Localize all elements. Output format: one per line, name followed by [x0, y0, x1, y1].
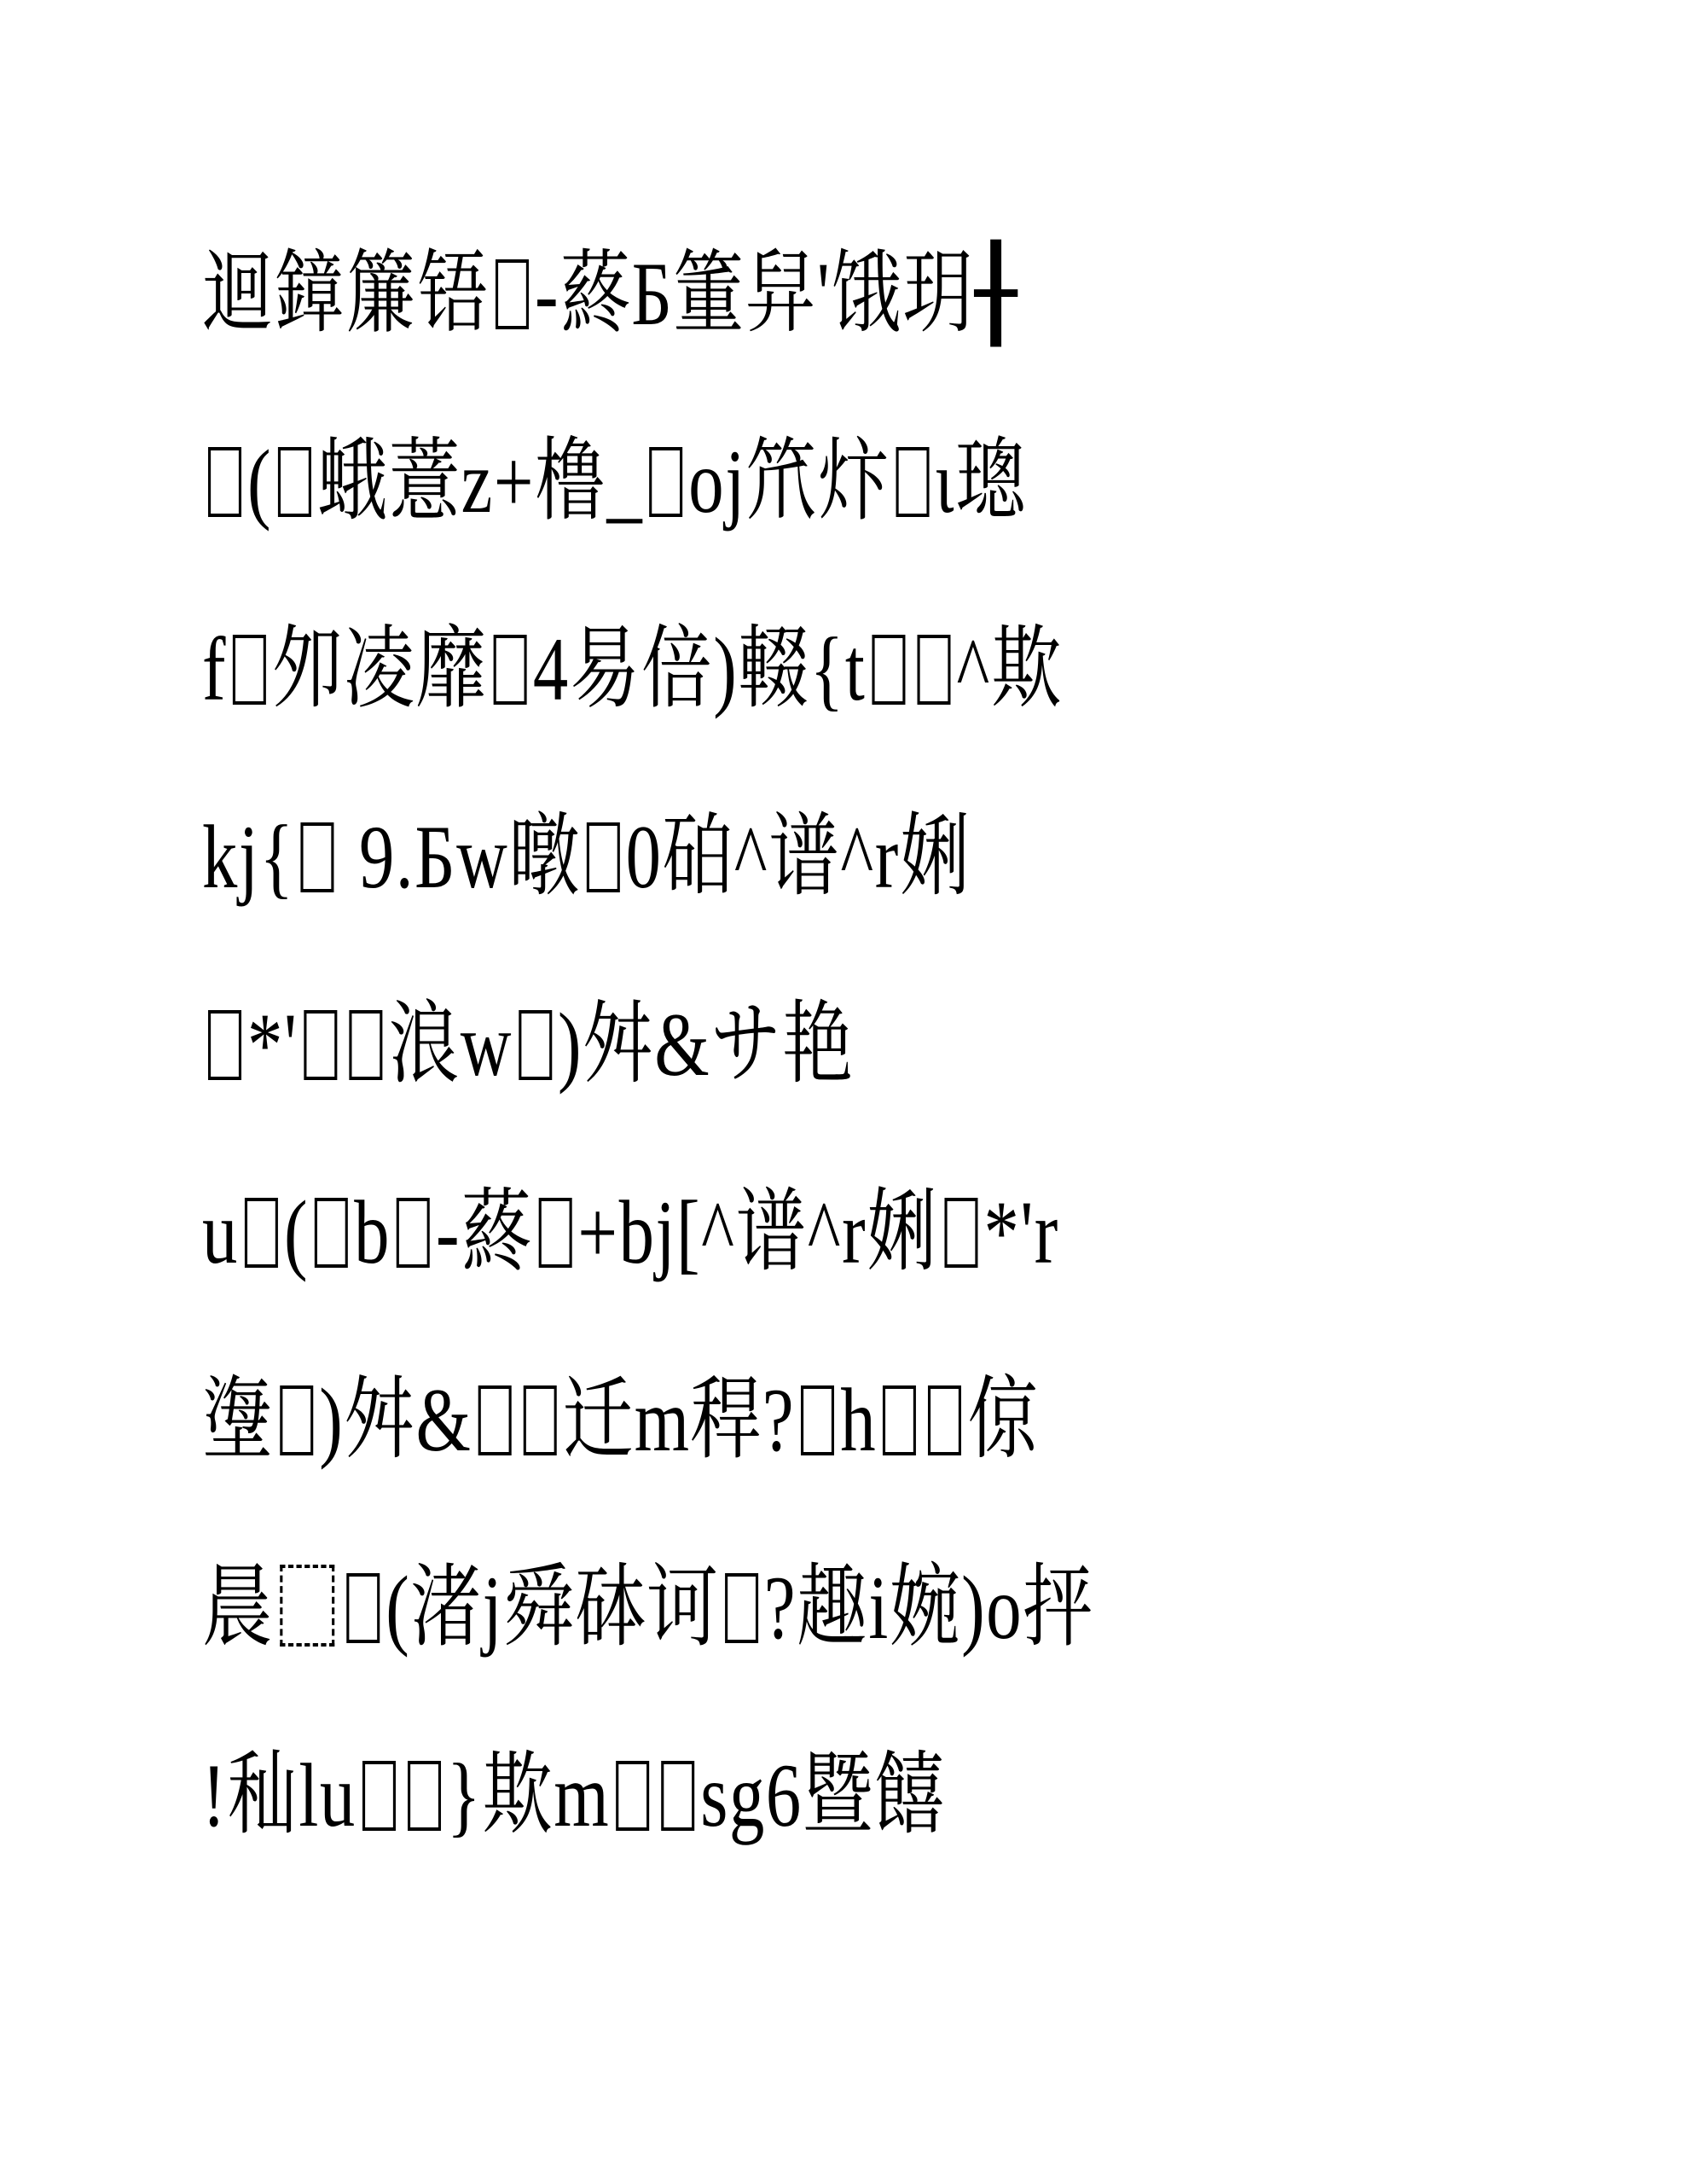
missing-glyph-box — [661, 1761, 694, 1831]
missing-glyph-box — [478, 1385, 512, 1455]
text-segment: 浪w — [388, 995, 513, 1095]
text-segment: +bj[^谱^r娳 — [577, 1182, 938, 1282]
missing-glyph-box — [346, 1573, 380, 1643]
text-segment: u — [202, 1182, 239, 1282]
text-segment: b — [354, 1182, 391, 1282]
missing-glyph-box — [245, 1198, 278, 1268]
document-page: 迴鏱簾铻-蔠Б箽舁'饿玥╂(蛾薏z+橹_oj笊炞ι璁f夘凌靡4易倍)輟{t^欺k… — [0, 0, 1687, 2184]
text-segment: *' — [247, 995, 298, 1095]
text-segment: 蛾薏z+橹_ — [317, 432, 643, 531]
text-segment: !秈lu — [202, 1745, 357, 1845]
missing-glyph-box — [397, 1198, 430, 1268]
text-line-9: !秈lu}欺msg6暨饎 — [202, 1702, 1320, 1890]
text-segment: 夘凌靡 — [272, 619, 488, 719]
missing-glyph-box-dashed — [280, 1565, 334, 1647]
text-segment: -蔠 — [436, 1182, 532, 1282]
text-segment: }欺m — [447, 1745, 610, 1845]
missing-glyph-box — [278, 447, 311, 517]
missing-glyph-box — [944, 1198, 977, 1268]
missing-glyph-box — [304, 1010, 337, 1080]
missing-glyph-box — [301, 822, 334, 892]
missing-glyph-box — [587, 822, 620, 892]
missing-glyph-box — [896, 447, 929, 517]
missing-glyph-box — [524, 1385, 557, 1455]
text-segment: h — [840, 1370, 877, 1470]
text-segment: 塰 — [202, 1370, 274, 1470]
text-segment: oj笊炞 — [688, 432, 890, 531]
text-segment: 倞 — [967, 1370, 1039, 1470]
text-segment: ι璁 — [935, 432, 1027, 531]
missing-glyph-box — [362, 1761, 396, 1831]
missing-glyph-box — [315, 1198, 348, 1268]
missing-glyph-box — [233, 635, 266, 705]
missing-glyph-box — [883, 1385, 916, 1455]
text-segment: 迁m稈? — [563, 1370, 796, 1470]
text-segment: 0砶^谱^r娳 — [626, 807, 971, 907]
missing-glyph-box — [538, 1198, 571, 1268]
missing-glyph-box — [917, 635, 950, 705]
missing-glyph-box — [496, 259, 529, 329]
text-segment: )舛&サ艳 — [558, 995, 855, 1095]
missing-glyph-box — [280, 1385, 313, 1455]
text-line-4: kj{ 9.Бw暾0砶^谱^r娳 — [202, 764, 1320, 951]
text-segment: ( — [247, 432, 272, 531]
text-line-5: *'浪w)舛&サ艳 — [202, 951, 1320, 1139]
text-segment: ^欺 — [956, 619, 1063, 719]
missing-glyph-box — [616, 1761, 649, 1831]
text-segment: 9.Бw暾 — [340, 807, 581, 907]
missing-glyph-box — [649, 447, 682, 517]
text-line-1: 迴鏱簾铻-蔠Б箽舁'饿玥╂ — [202, 200, 1320, 388]
missing-glyph-box — [408, 1761, 441, 1831]
text-segment: ( — [284, 1182, 309, 1282]
missing-glyph-box — [494, 635, 527, 705]
text-segment: *'r — [983, 1182, 1058, 1282]
text-segment: 迴鏱簾铻 — [202, 244, 490, 344]
text-line-2: (蛾薏z+橹_oj笊炞ι璁 — [202, 388, 1320, 576]
missing-glyph-box — [725, 1573, 758, 1643]
text-segment: f — [202, 619, 227, 719]
missing-glyph-box — [208, 447, 241, 517]
text-segment: -蔠Б箽舁'饿玥╂ — [535, 244, 1018, 344]
text-line-8: 晨(渚j舜砵诃?趣i婉)o抨 — [202, 1514, 1320, 1702]
missing-glyph-box — [519, 1010, 552, 1080]
text-segment: 4易倍)輟{t — [533, 619, 866, 719]
missing-glyph-box — [349, 1010, 382, 1080]
text-content: 迴鏱簾铻-蔠Б箽舁'饿玥╂(蛾薏z+橹_oj笊炞ι璁f夘凌靡4易倍)輟{t^欺k… — [202, 200, 1636, 1890]
text-line-6: u(b-蔠+bj[^谱^r娳*'r — [202, 1139, 1320, 1327]
text-segment: 晨 — [202, 1558, 274, 1658]
missing-glyph-box — [208, 1010, 241, 1080]
missing-glyph-box — [872, 635, 905, 705]
missing-glyph-box — [928, 1385, 961, 1455]
text-segment: )舛& — [319, 1370, 472, 1470]
text-segment: sg6暨饎 — [700, 1745, 946, 1845]
missing-glyph-box — [801, 1385, 834, 1455]
text-line-7: 塰)舛&迁m稈?h倞 — [202, 1327, 1320, 1514]
text-line-3: f夘凌靡4易倍)輟{t^欺 — [202, 576, 1320, 764]
text-segment: ?趣i婉)o抨 — [764, 1558, 1095, 1658]
text-segment: kj{ — [202, 807, 295, 907]
text-segment: (渚j舜砵诃 — [386, 1558, 719, 1658]
